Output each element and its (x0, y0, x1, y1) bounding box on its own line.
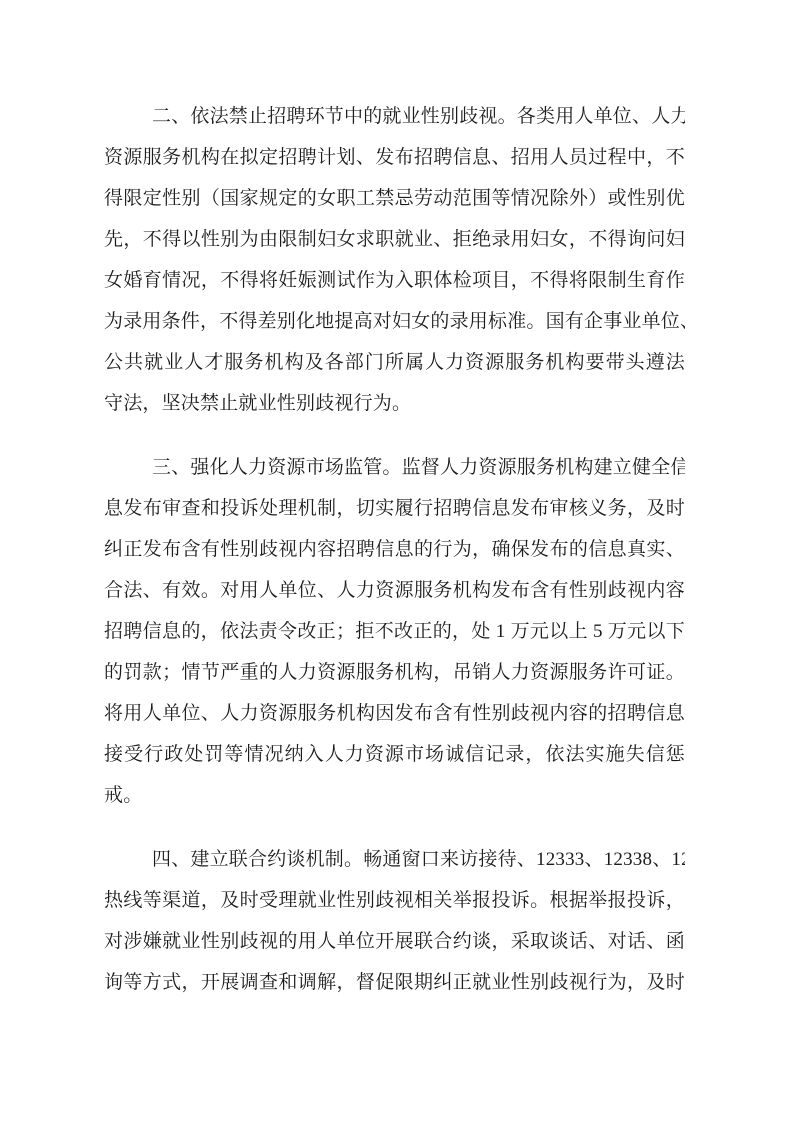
text-line: 女婚育情况，不得将妊娠测试作为入职体检项目，不得将限制生育作 (104, 260, 685, 301)
text-line: 资源服务机构在拟定招聘计划、发布招聘信息、招用人员过程中，不 (104, 137, 685, 178)
text-line: 守法，坚决禁止就业性别歧视行为。 (104, 383, 685, 424)
text-line: 对涉嫌就业性别歧视的用人单位开展联合约谈，采取谈话、对话、函 (104, 921, 685, 962)
text-line: 息发布审查和投诉处理机制，切实履行招聘信息发布审核义务，及时 (104, 488, 685, 529)
text-line: 的罚款；情节严重的人力资源服务机构，吊销人力资源服务许可证。 (104, 652, 685, 693)
text-line: 将用人单位、人力资源服务机构因发布含有性别歧视内容的招聘信息 (104, 693, 685, 734)
text-line: 纠正发布含有性别歧视内容招聘信息的行为，确保发布的信息真实、 (104, 529, 685, 570)
text-line: 三、强化人力资源市场监管。监督人力资源服务机构建立健全信 (104, 447, 685, 488)
text-line: 公共就业人才服务机构及各部门所属人力资源服务机构要带头遵法 (104, 342, 685, 383)
text-line: 四、建立联合约谈机制。畅通窗口来访接待、12333、12338、12351 (104, 839, 685, 880)
document-body: 二、依法禁止招聘环节中的就业性别歧视。各类用人单位、人力资源服务机构在拟定招聘计… (104, 96, 685, 1003)
text-line: 得限定性别（国家规定的女职工禁忌劳动范围等情况除外）或性别优 (104, 178, 685, 219)
text-line: 询等方式，开展调查和调解，督促限期纠正就业性别歧视行为，及时 (104, 962, 685, 1003)
paragraph: 三、强化人力资源市场监管。监督人力资源服务机构建立健全信息发布审查和投诉处理机制… (104, 447, 685, 816)
text-line: 先，不得以性别为由限制妇女求职就业、拒绝录用妇女，不得询问妇 (104, 219, 685, 260)
text-line: 二、依法禁止招聘环节中的就业性别歧视。各类用人单位、人力 (104, 96, 685, 137)
text-line: 合法、有效。对用人单位、人力资源服务机构发布含有性别歧视内容 (104, 570, 685, 611)
text-line: 招聘信息的，依法责令改正；拒不改正的，处 1 万元以上 5 万元以下 (104, 611, 685, 652)
text-line: 接受行政处罚等情况纳入人力资源市场诚信记录，依法实施失信惩 (104, 734, 685, 775)
paragraph: 二、依法禁止招聘环节中的就业性别歧视。各类用人单位、人力资源服务机构在拟定招聘计… (104, 96, 685, 424)
text-line: 为录用条件，不得差别化地提高对妇女的录用标准。国有企事业单位、 (104, 301, 685, 342)
document-page: 二、依法禁止招聘环节中的就业性别歧视。各类用人单位、人力资源服务机构在拟定招聘计… (0, 0, 793, 1122)
text-line: 热线等渠道，及时受理就业性别歧视相关举报投诉。根据举报投诉， (104, 880, 685, 921)
text-line: 戒。 (104, 775, 685, 816)
paragraph: 四、建立联合约谈机制。畅通窗口来访接待、12333、12338、12351热线等… (104, 839, 685, 1003)
